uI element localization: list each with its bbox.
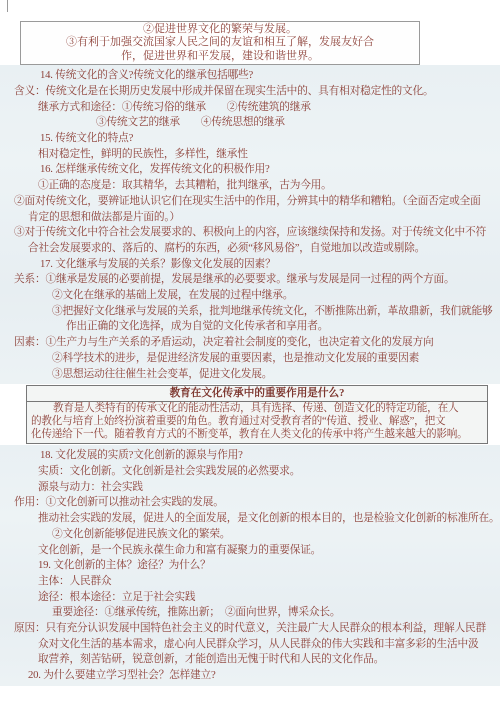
text-line: 18. 文化发展的实质?文化创新的源泉与作用? (14, 448, 496, 464)
text-line: ③有利于加强交流国家人民之间的友谊和相互了解，发展友好合 (23, 36, 417, 49)
text-line: ②文化创新能够促进民族文化的繁荣。 (14, 527, 496, 543)
text-line: 主体：人民群众 (14, 574, 496, 590)
text-line: 含义：传统文化是在长期历史发展中形成并保留在现实生活中的、具有相对稳定性的文化。 (14, 84, 496, 100)
notes-section-upper: 14. 传统文化的含义?传统文化的继承包括哪些?含义：传统文化是在长期历史发展中… (0, 65, 500, 384)
text-line: 16. 怎样继承传统文化，发挥传统文化的积极作用? (14, 162, 496, 178)
text-line: ③对于传统文化中符合社会发展要求的、积极向上的内容，应该继续保持和发扬。对于传统… (14, 225, 496, 241)
text-line: 推动社会实践的发展，促进人的全面发展，是文化创新的根本目的，也是检验文化创新的标… (14, 511, 496, 527)
conclusion-box: ②促进世界文化的繁荣与发展。③有利于加强交流国家人民之间的友谊和相互了解，发展友… (20, 21, 420, 65)
text-line: ③思想运动往往催生社会变革，促进文化发展。 (14, 367, 496, 383)
text-line: ③把握好文化继承与发展的关系，批判地继承传统文化，不断推陈出新，革故鼎新，我们就… (14, 304, 496, 320)
text-line: ②科学技术的进步，是促进经济发展的重要因素，也是推动文化发展的重要因素 (14, 351, 496, 367)
text-line: 20. 为什么要建立学习型社会？怎样建立? (14, 668, 496, 684)
text-line: 作用：①文化创新可以推动社会实践的发展。 (14, 495, 496, 511)
text-line: 源泉与动力：社会实践 (14, 480, 496, 496)
text-line: 肯定的思想和做法都是片面的。） (14, 210, 496, 226)
notes-section-lower: 18. 文化发展的实质?文化创新的源泉与作用?实质：文化创新。文化创新是社会实践… (0, 445, 500, 686)
text-line: 重要途径：①继承传统，推陈出新； ②面向世界，博采众长。 (14, 605, 496, 621)
text-line: ②面对传统文化，要辨证地认识它们在现实生活中的作用，分辨其中的精华和糟粕。（全面… (14, 194, 496, 210)
page-edge-mark (7, 0, 8, 12)
text-line: 化传递给下一代。随着教育方式的不断变革，教育在人类文化的传承中将产生越来越大的影… (31, 428, 483, 441)
text-line: 教育是人类特有的传承文化的能动性活动，具有选择、传递、创造文化的特定功能，在人 (31, 402, 483, 415)
text-line: 实质：文化创新。文化创新是社会实践发展的必然要求。 (14, 464, 496, 480)
text-line: ①正确的态度是：取其精华，去其糟粕，批判继承，古为今用。 (14, 178, 496, 194)
education-box-body: 教育是人类特有的传承文化的能动性活动，具有选择、传递、创造文化的特定功能，在人的… (31, 402, 483, 441)
text-line: 因素：①生产力与生产关系的矛盾运动，决定着社会制度的变化，也决定着文化的发展方向 (14, 335, 496, 351)
text-line: 合社会发展要求的、落后的、腐朽的东西，必须“移风易俗”，自觉地加以改造或剔除。 (14, 241, 496, 257)
text-line: 文化创新，是一个民族永葆生命力和富有凝聚力的重要保证。 (14, 543, 496, 559)
text-line: 的教化与培育上始终扮演着重要的角色。教育通过对受教育者的“传道、授业、解惑”，把… (31, 415, 483, 428)
text-line: 原因：只有充分认识发展中国特色社会主义的时代意义，关注最广大人民群众的根本利益，… (14, 621, 496, 637)
text-line: 取营养，刻苦钻研，锐意创新，才能创造出无愧于时代和人民的文化作品。 (14, 652, 496, 668)
text-line: 19. 文化创新的主体？途径？为什么？ (14, 558, 496, 574)
text-line: 作，促进世界和平发展，建设和谐世界。 (23, 50, 417, 63)
text-line: 作出正确的文化选择，成为自觉的文化传承者和享用者。 (14, 319, 496, 335)
text-line: 途径：根本途径：立足于社会实践 (14, 590, 496, 606)
text-line: 15. 传统文化的特点? (14, 131, 496, 147)
text-line: 相对稳定性，鲜明的民族性，多样性，继承性 (14, 147, 496, 163)
text-line: 继承方式和途径：①传统习俗的继承 ②传统建筑的继承 (14, 100, 496, 116)
text-line: ②文化在继承的基础上发展，在发展的过程中继承。 (14, 288, 496, 304)
text-line: ②促进世界文化的繁荣与发展。 (23, 23, 417, 36)
text-line: 关系：①继承是发展的必要前提，发展是继承的必要要求。继承与发展是同一过程的两个方… (14, 272, 496, 288)
education-role-box: 教育在文化传承中的重要作用是什么? 教育是人类特有的传承文化的能动性活动，具有选… (26, 385, 488, 444)
text-line: 17. 文化继承与发展的关系？影像文化发展的因素？ (14, 257, 496, 273)
text-line: 14. 传统文化的含义?传统文化的继承包括哪些? (14, 68, 496, 84)
text-line: ③传统文艺的继承 ④传统思想的继承 (14, 115, 496, 131)
text-line: 众对文化生活的基本需求，虚心向人民群众学习，从人民群众的伟大实践和丰富多彩的生活… (14, 637, 496, 653)
education-box-title: 教育在文化传承中的重要作用是什么? (27, 386, 487, 402)
